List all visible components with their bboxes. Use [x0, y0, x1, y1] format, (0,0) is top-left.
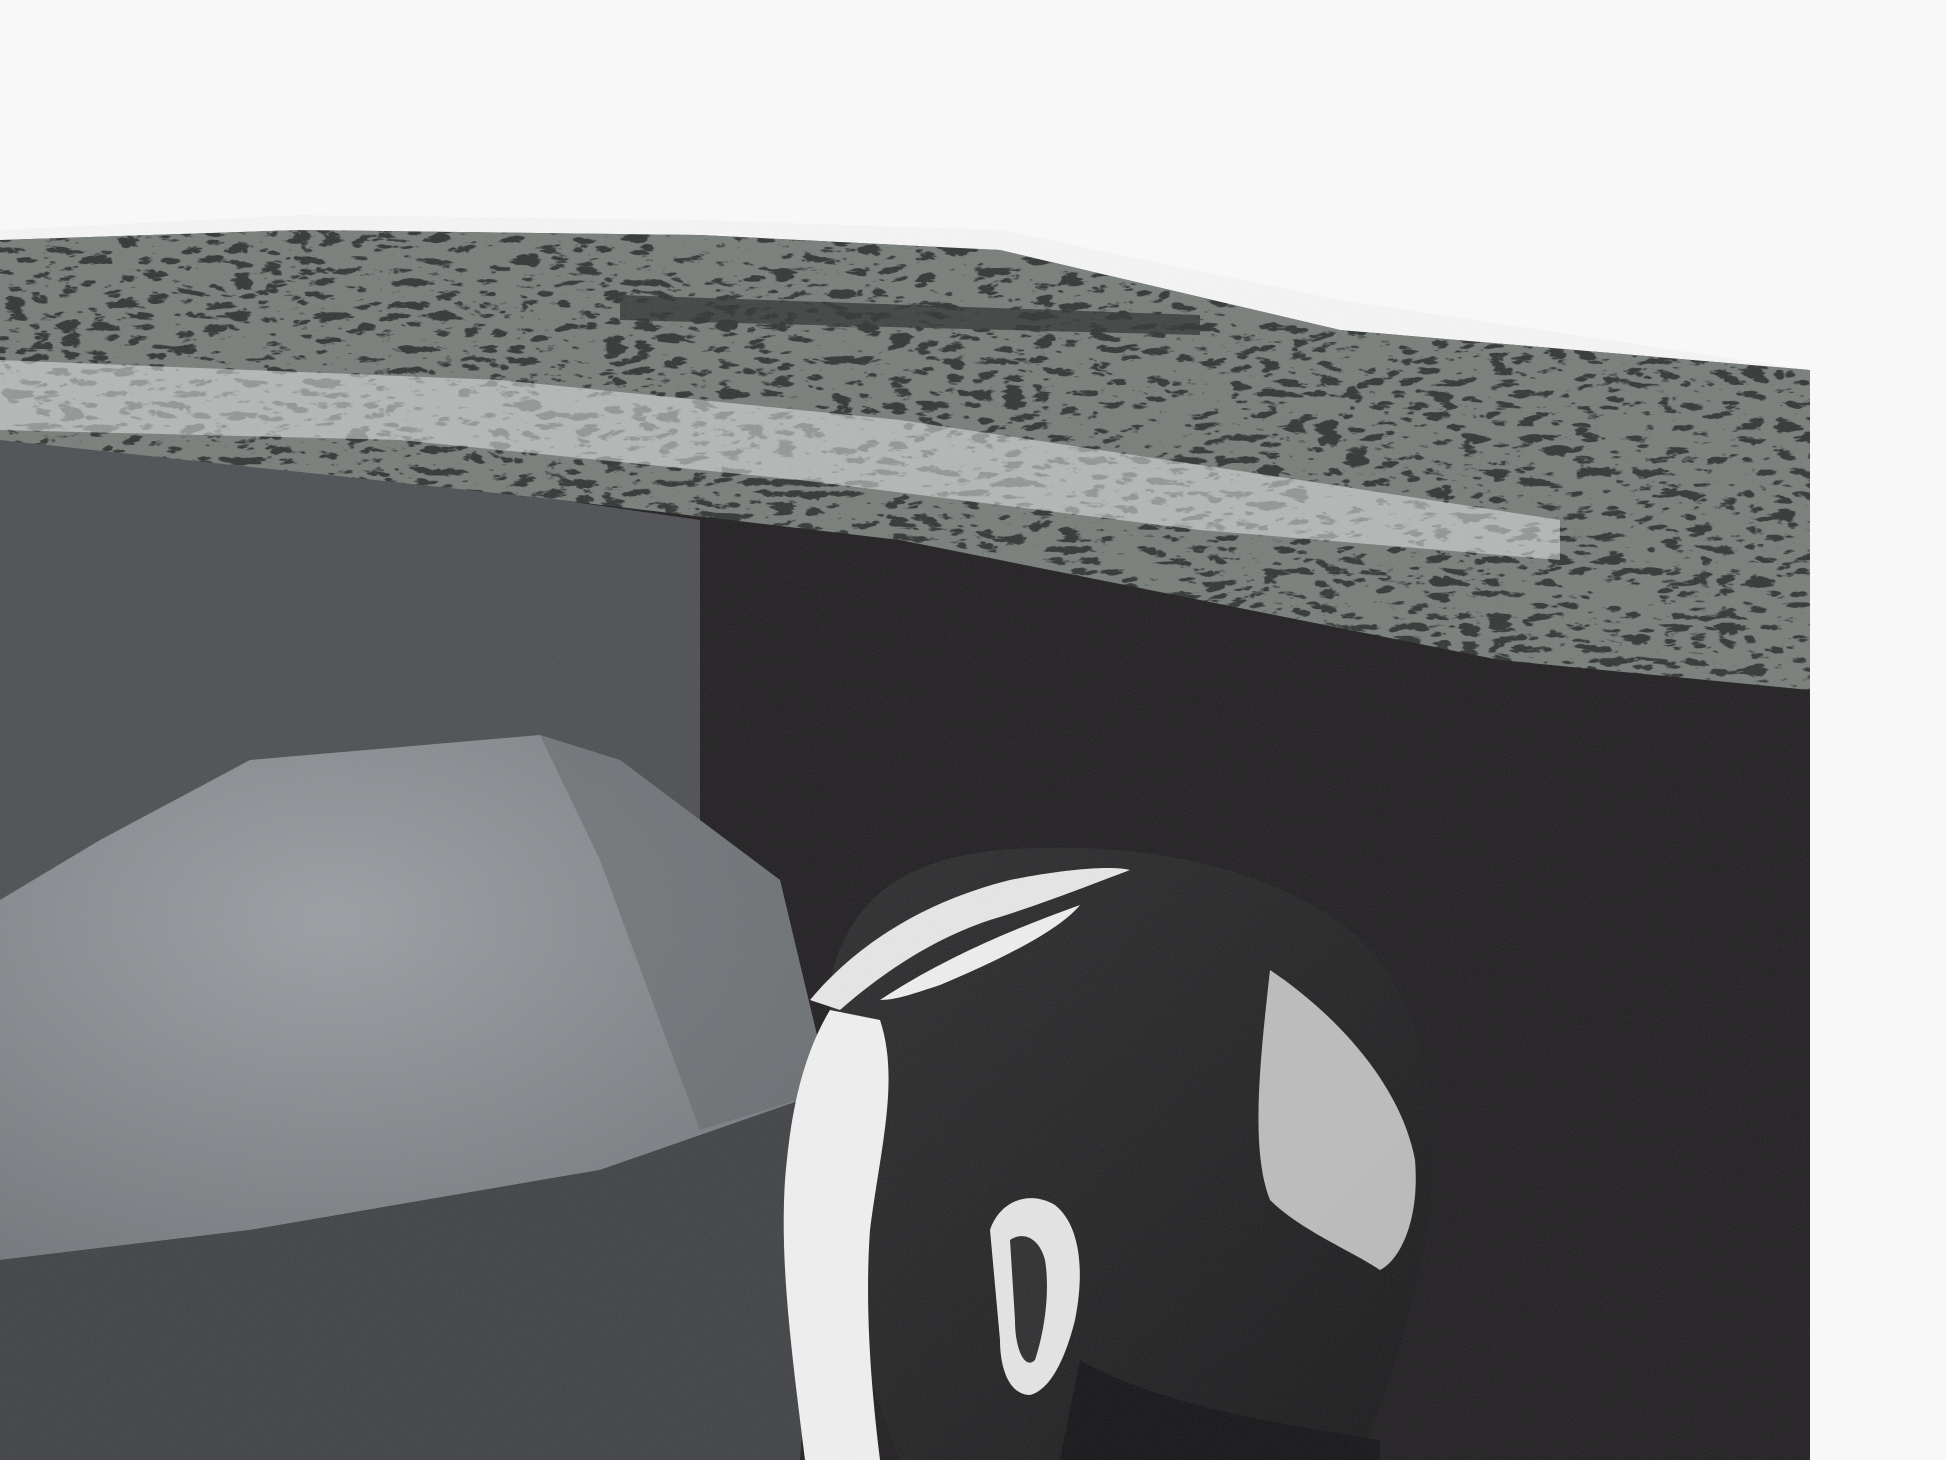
photograph	[0, 0, 1946, 1460]
